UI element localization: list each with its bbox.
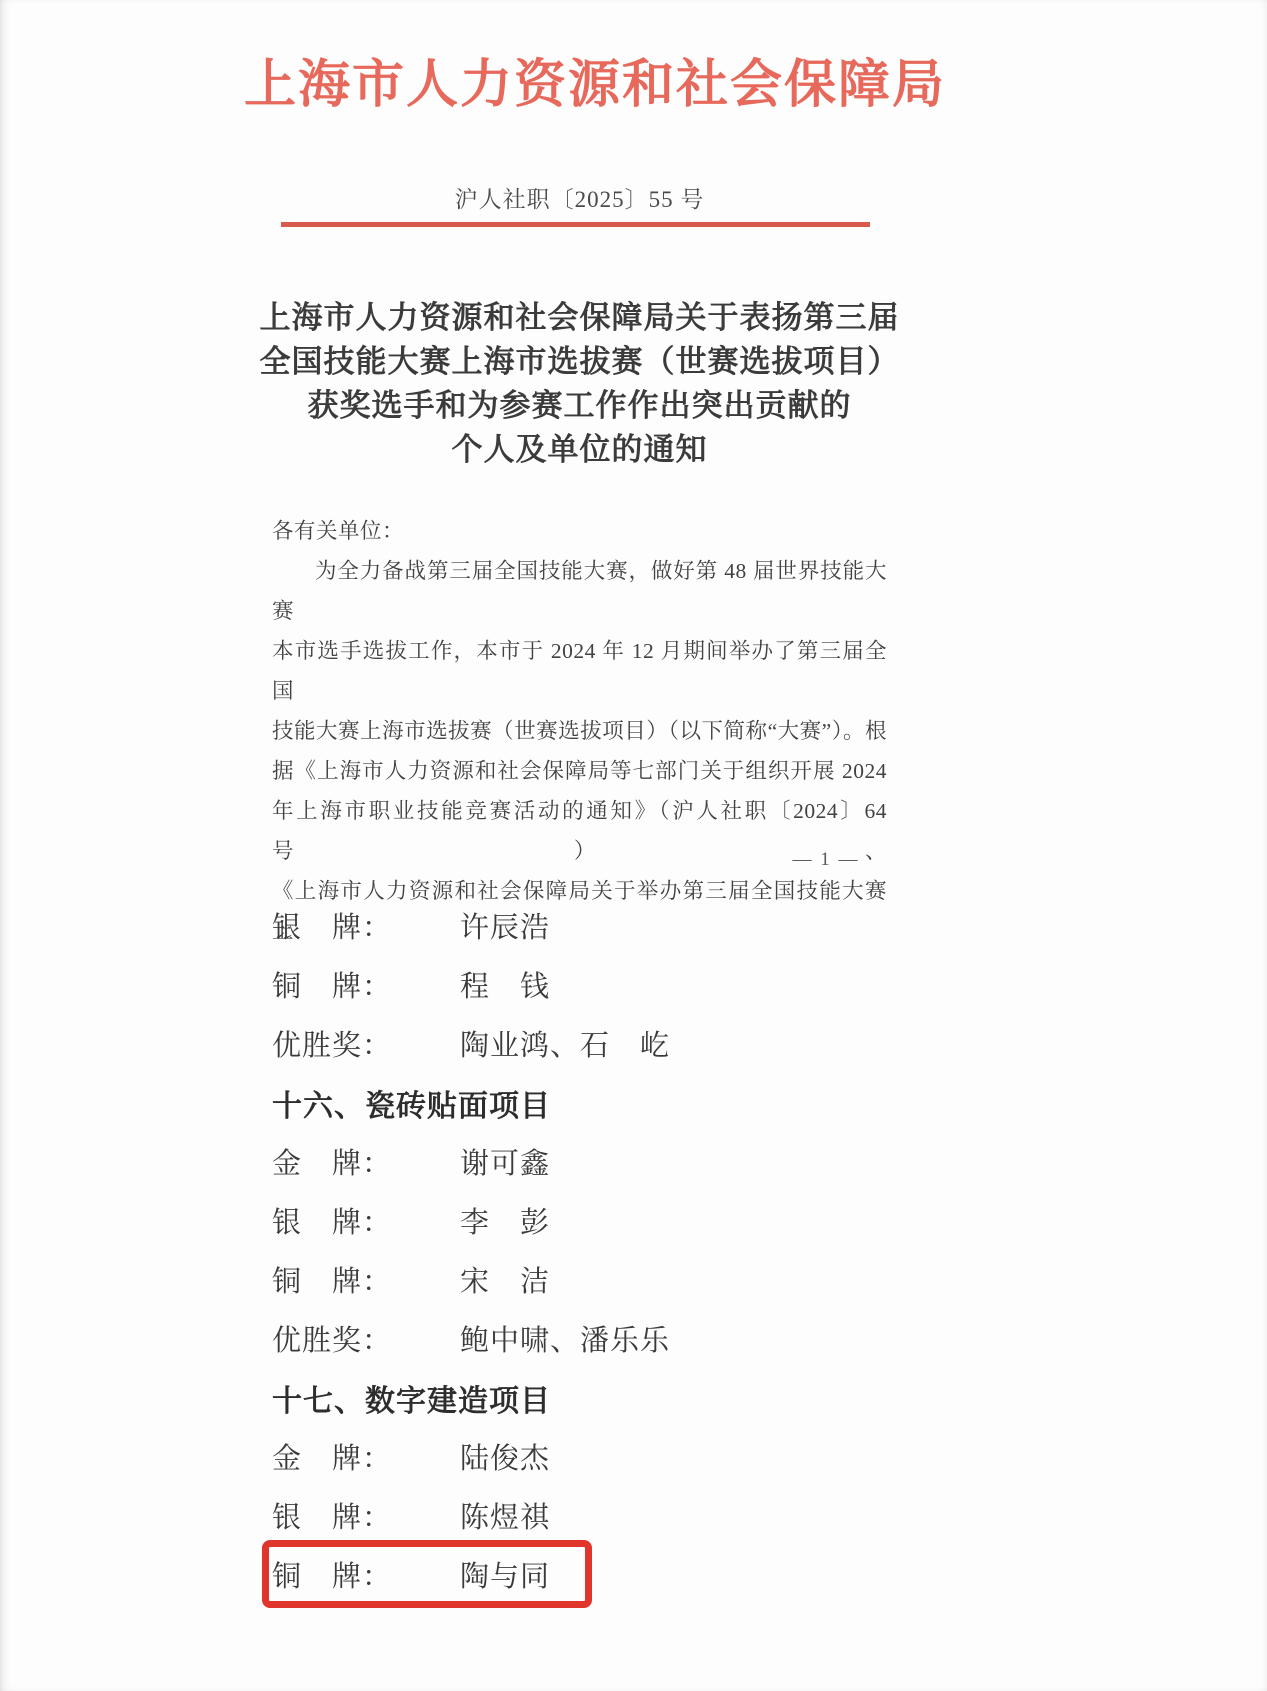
- award-label: 铜 牌：: [272, 964, 460, 1005]
- agency-header: 上海市人力资源和社会保障局: [0, 42, 1190, 117]
- award-name: 程 钱: [460, 964, 550, 1005]
- award-label: 银 牌：: [272, 1200, 460, 1241]
- salutation: 各有关单位：: [272, 511, 887, 551]
- award-row: 优胜奖： 鲍中啸、潘乐乐: [272, 1309, 932, 1368]
- award-row: 金 牌： 谢可鑫: [272, 1132, 932, 1191]
- page-number: — 1 —: [776, 849, 876, 871]
- award-row: 优胜奖： 陶业鸿、石 屹: [272, 1014, 932, 1073]
- document-page: 上海市人力资源和社会保障局 沪人社职〔2025〕55 号 上海市人力资源和社会保…: [0, 0, 1267, 1691]
- award-name: 陶与同: [460, 1554, 550, 1595]
- award-label: 铜 牌：: [272, 1259, 460, 1300]
- award-label: 银 牌：: [272, 905, 460, 946]
- award-row: 铜 牌： 宋 洁: [272, 1250, 932, 1309]
- title-line: 上海市人力资源和社会保障局关于表扬第三届: [247, 296, 912, 340]
- award-list: 银 牌： 许辰浩 铜 牌： 程 钱 优胜奖： 陶业鸿、石 屹 十六、瓷砖贴面项目…: [272, 896, 932, 1604]
- award-label: 银 牌：: [272, 1495, 460, 1536]
- award-name: 宋 洁: [460, 1259, 550, 1300]
- body-line: 据《上海市人力资源和社会保障局等七部门关于组织开展 2024: [272, 751, 887, 791]
- award-name: 陆俊杰: [460, 1436, 550, 1477]
- notice-title: 上海市人力资源和社会保障局关于表扬第三届 全国技能大赛上海市选拔赛（世赛选拔项目…: [247, 296, 912, 472]
- title-line: 个人及单位的通知: [247, 428, 912, 472]
- body-line: 为全力备战第三届全国技能大赛，做好第 48 届世界技能大赛: [272, 551, 887, 631]
- body-line: 本市选手选拔工作，本市于 2024 年 12 月期间举办了第三届全国: [272, 631, 887, 711]
- award-name: 李 彭: [460, 1200, 550, 1241]
- red-divider-line: [281, 222, 870, 227]
- award-name: 谢可鑫: [460, 1141, 550, 1182]
- notice-body: 各有关单位： 为全力备战第三届全国技能大赛，做好第 48 届世界技能大赛 本市选…: [272, 511, 887, 951]
- award-label: 金 牌：: [272, 1436, 460, 1477]
- award-row: 铜 牌： 程 钱: [272, 955, 932, 1014]
- title-line: 全国技能大赛上海市选拔赛（世赛选拔项目）: [247, 340, 912, 384]
- section-heading: 十七、数字建造项目: [272, 1368, 932, 1427]
- doc-number: 沪人社职〔2025〕55 号: [272, 181, 887, 214]
- award-label: 优胜奖：: [272, 1023, 460, 1064]
- award-label: 金 牌：: [272, 1141, 460, 1182]
- award-row: 银 牌： 许辰浩: [272, 896, 932, 955]
- award-name: 许辰浩: [460, 905, 550, 946]
- award-name: 陶业鸿、石 屹: [460, 1023, 670, 1064]
- award-row: 银 牌： 李 彭: [272, 1191, 932, 1250]
- award-label: 优胜奖：: [272, 1318, 460, 1359]
- award-row-highlighted: 铜 牌： 陶与同: [272, 1545, 932, 1604]
- award-row: 银 牌： 陈煜祺: [272, 1486, 932, 1545]
- award-name: 鲍中啸、潘乐乐: [460, 1318, 670, 1359]
- title-line: 获奖选手和为参赛工作作出突出贡献的: [247, 384, 912, 428]
- award-row: 金 牌： 陆俊杰: [272, 1427, 932, 1486]
- body-line: 技能大赛上海市选拔赛（世赛选拔项目）（以下简称“大赛”）。根: [272, 711, 887, 751]
- award-label: 铜 牌：: [272, 1554, 460, 1595]
- section-heading: 十六、瓷砖贴面项目: [272, 1073, 932, 1132]
- award-name: 陈煜祺: [460, 1495, 550, 1536]
